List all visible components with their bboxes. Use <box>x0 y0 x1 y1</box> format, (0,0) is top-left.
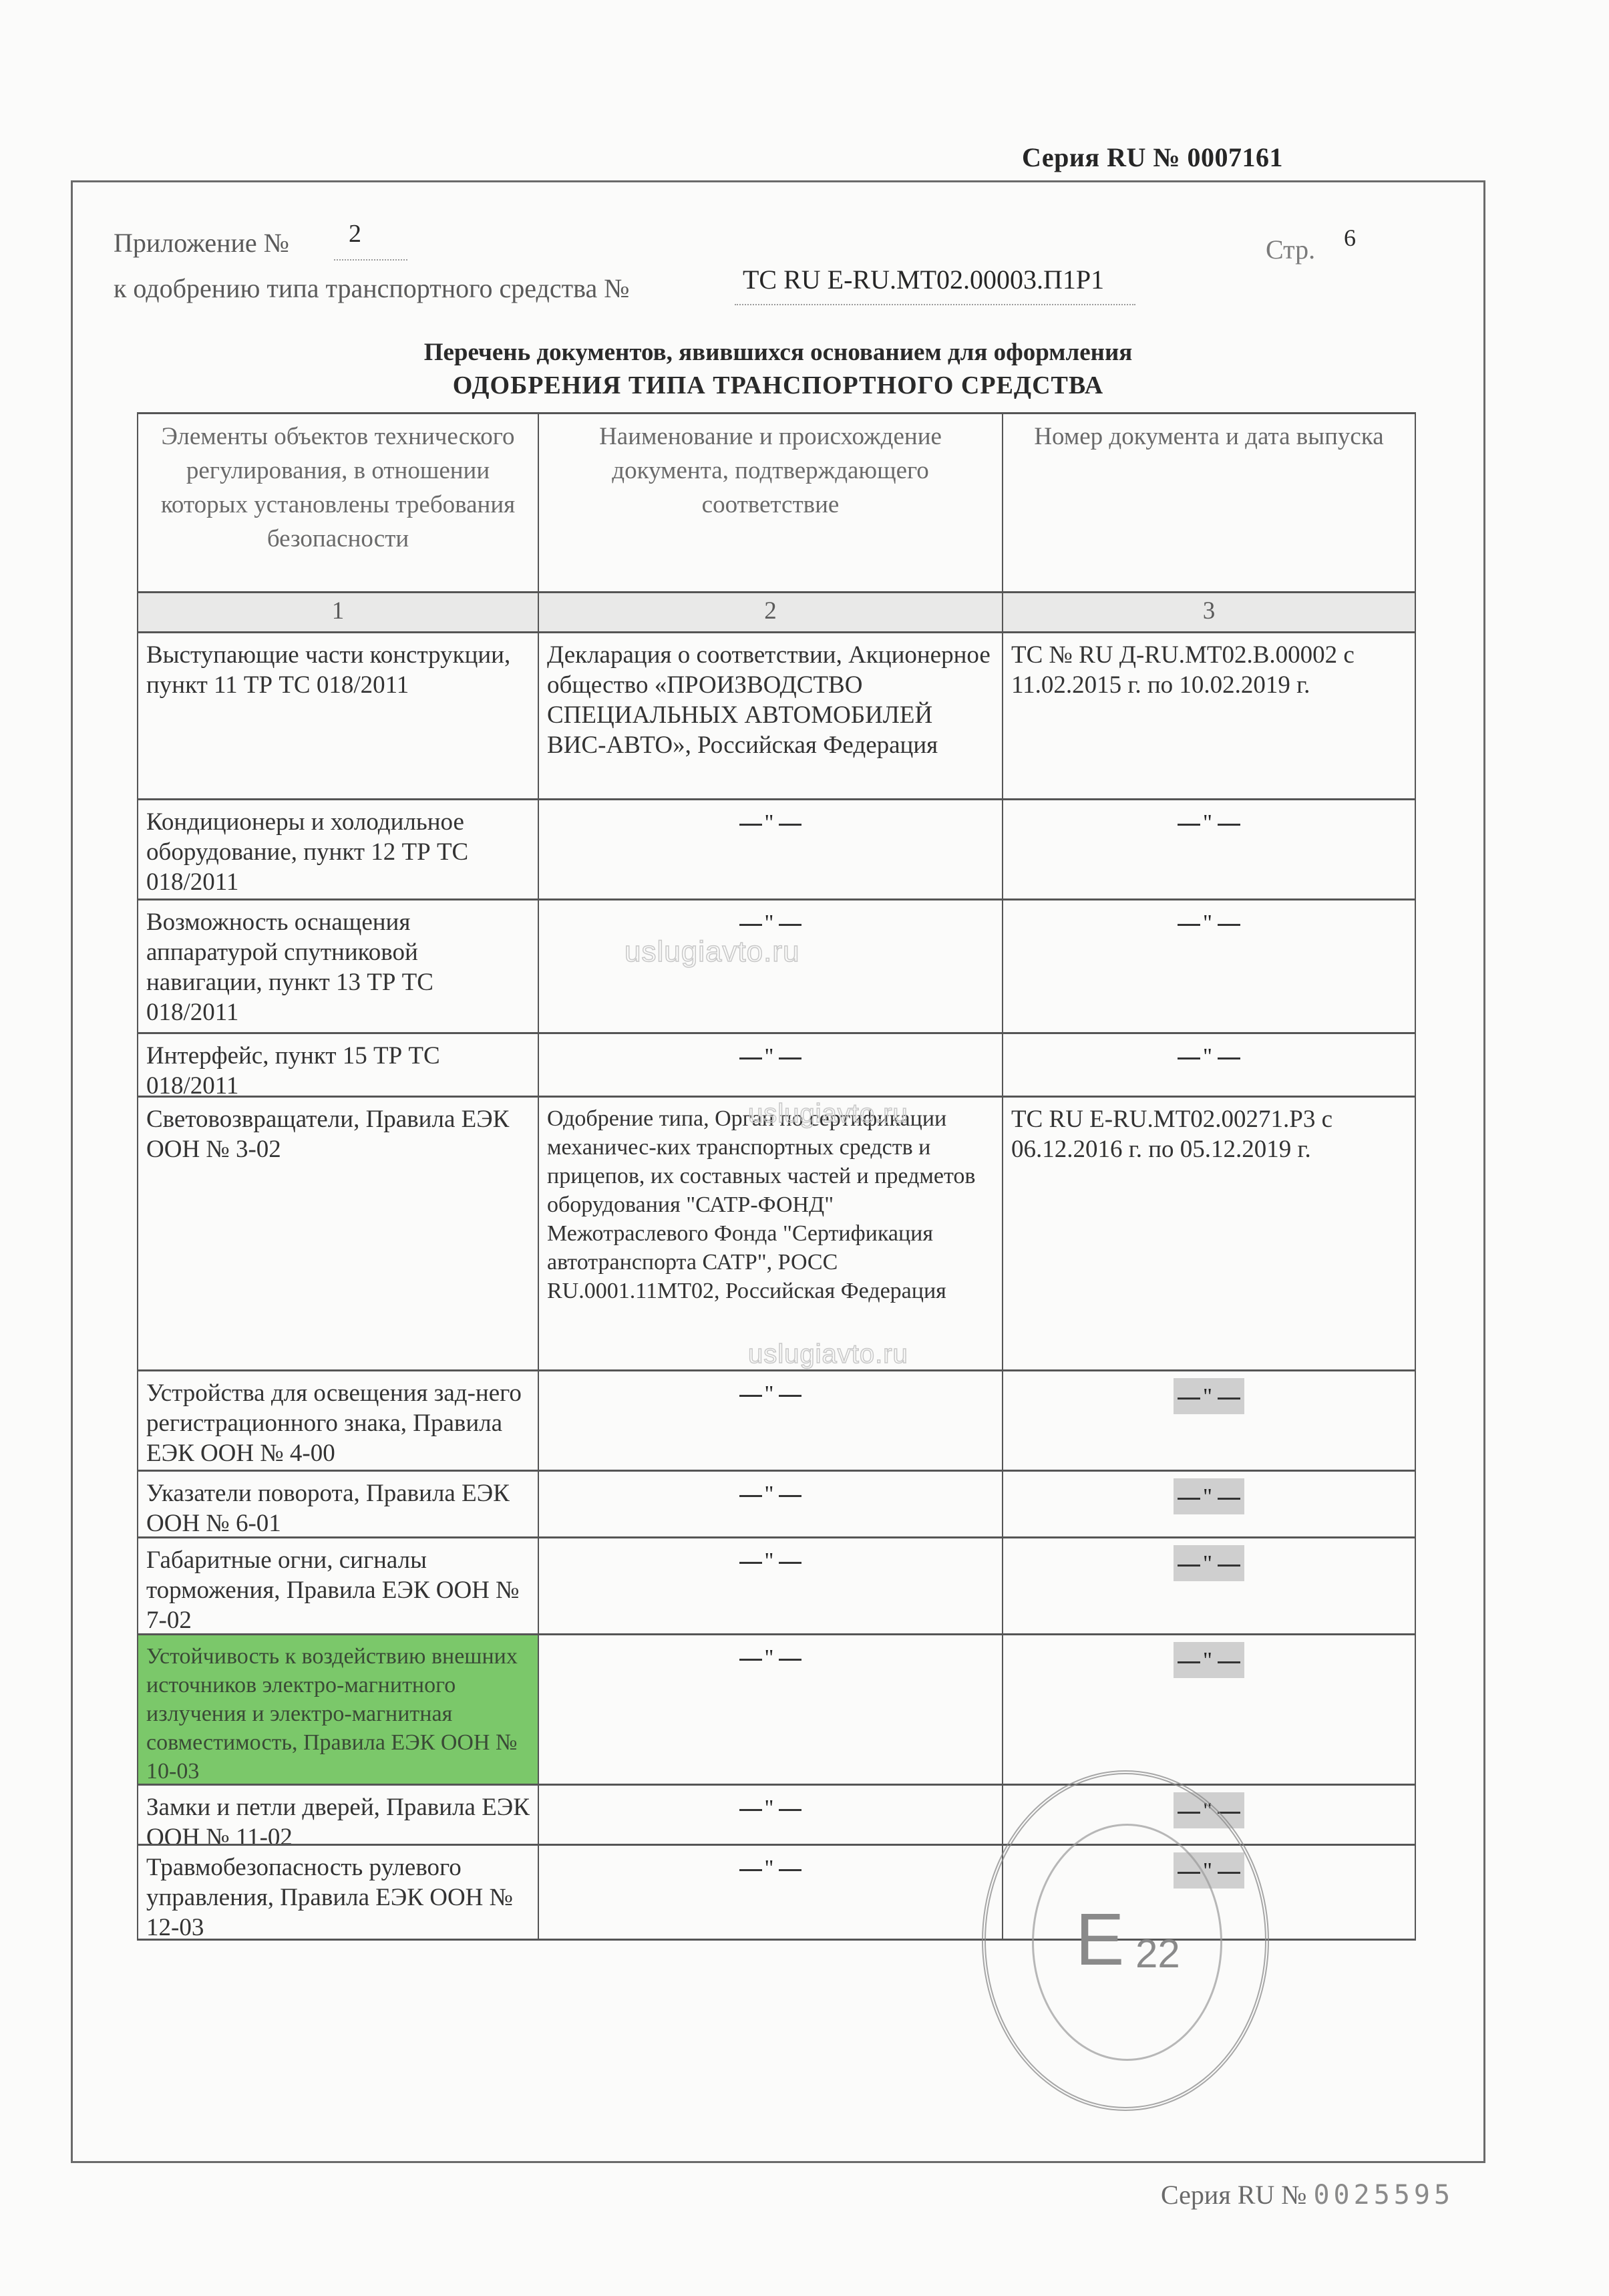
ditto-mark: " <box>1175 1381 1243 1412</box>
document-cell-ditto: " <box>538 1371 1002 1470</box>
element-cell: Травмобезопасность рулевого управления, … <box>137 1846 538 1939</box>
document-cell-ditto: " <box>538 1472 1002 1536</box>
ditto-mark: " <box>737 808 805 838</box>
element-cell: Возможность оснащения аппаратурой спутни… <box>137 900 538 1032</box>
column-header-document: Наименование и происхождение документа, … <box>538 414 1002 591</box>
table-row: Выступающие части конструкции, пункт 11 … <box>137 631 1416 798</box>
approval-fill-line <box>735 304 1135 305</box>
number-cell-ditto: " <box>1002 800 1416 898</box>
ditto-shaded-mark: " <box>1174 1545 1244 1581</box>
document-cell: Декларация о соответствии, Акционерное о… <box>538 633 1002 798</box>
approval-number: ТС RU E-RU.MT02.00003.П1Р1 <box>743 264 1104 295</box>
ditto-mark: " <box>737 1793 805 1823</box>
watermark: uslugiavto.ru <box>748 1339 908 1369</box>
element-cell: Устройства для освещения зад-него регист… <box>137 1371 538 1470</box>
ditto-mark: " <box>1175 1041 1243 1072</box>
element-cell: Световозвращатели, Правила ЕЭК ООН № 3-0… <box>137 1098 538 1369</box>
appendix-label: Приложение № <box>114 227 289 259</box>
number-cell-ditto: " <box>1002 1472 1416 1536</box>
table-row: Габаритные огни, сигналы торможения, Пра… <box>137 1536 1416 1633</box>
number-cell-ditto: " <box>1002 1538 1416 1633</box>
series-label: Серия RU № <box>1161 2180 1306 2210</box>
element-cell: Габаритные огни, сигналы торможения, Пра… <box>137 1538 538 1633</box>
document-cell-ditto: " <box>538 1538 1002 1633</box>
appendix-fill-line <box>334 259 407 261</box>
element-cell: Замки и петли дверей, Правила ЕЭК ООН № … <box>137 1786 538 1844</box>
ditto-mark: " <box>1175 1548 1243 1579</box>
page-label: Стр. <box>1266 234 1315 265</box>
column-number: 1 <box>137 593 538 631</box>
watermark: uslugiavto.ru <box>748 1099 908 1129</box>
appendix-number: 2 <box>349 219 361 249</box>
table-header-row: Элементы объектов технического регулиров… <box>137 412 1416 591</box>
element-cell: Указатели поворота, Правила ЕЭК ООН № 6-… <box>137 1472 538 1536</box>
ditto-mark: " <box>737 1041 805 1072</box>
table-row-highlighted: Устойчивость к воздействию внешних источ… <box>137 1633 1416 1784</box>
table-row: Световозвращатели, Правила ЕЭК ООН № 3-0… <box>137 1096 1416 1369</box>
column-header-elements: Элементы объектов технического регулиров… <box>137 414 538 591</box>
document-cell-ditto: " <box>538 1846 1002 1939</box>
ditto-mark: " <box>1175 1482 1243 1512</box>
number-cell-ditto: " <box>1002 1635 1416 1784</box>
number-cell-ditto: " <box>1002 1034 1416 1096</box>
ditto-mark: " <box>737 1853 805 1883</box>
ditto-mark: " <box>737 1643 805 1673</box>
document-cell-ditto: " <box>538 1635 1002 1784</box>
document-cell-ditto: " <box>538 1034 1002 1096</box>
number-cell: ТС RU E-RU.MT02.00271.P3 с 06.12.2016 г.… <box>1002 1098 1416 1369</box>
element-cell: Интерфейс, пункт 15 ТР ТС 018/2011 <box>137 1034 538 1096</box>
ditto-shaded-mark: " <box>1174 1378 1244 1414</box>
number-cell-ditto: " <box>1002 900 1416 1032</box>
series-number-bottom: Серия RU № 0025595 <box>1161 2179 1454 2210</box>
approval-label: к одобрению типа транспортного средства … <box>114 273 629 304</box>
series-number: 0025595 <box>1313 2180 1454 2210</box>
table-row: Указатели поворота, Правила ЕЭК ООН № 6-… <box>137 1470 1416 1536</box>
series-number-top: Серия RU № 0007161 <box>1022 142 1283 173</box>
column-number: 2 <box>538 593 1002 631</box>
stamp-country-number: 22 <box>1135 1931 1180 1977</box>
document-cell: Одобрение типа, Орган по сертификации ме… <box>538 1098 1002 1369</box>
ditto-shaded-mark: " <box>1174 1478 1244 1514</box>
number-cell: ТС № RU Д-RU.MT02.B.00002 с 11.02.2015 г… <box>1002 633 1416 798</box>
ditto-mark: " <box>737 908 805 938</box>
ditto-shaded-mark: " <box>1174 1642 1244 1678</box>
stamp-e-mark: E <box>1075 1897 1124 1982</box>
element-cell-highlighted: Устойчивость к воздействию внешних источ… <box>137 1635 538 1784</box>
table-row: Устройства для освещения зад-него регист… <box>137 1369 1416 1470</box>
ditto-mark: " <box>1175 808 1243 838</box>
document-cell-ditto: " <box>538 800 1002 898</box>
official-stamp-inner-ring <box>1032 1824 1222 2061</box>
number-cell-ditto: " <box>1002 1371 1416 1470</box>
page-number: 6 <box>1344 224 1356 252</box>
ditto-mark: " <box>737 1479 805 1509</box>
document-title-line1: Перечень документов, явившихся основание… <box>0 338 1556 367</box>
table-row: Интерфейс, пункт 15 ТР ТС 018/2011 " " <box>137 1032 1416 1096</box>
column-number: 3 <box>1002 593 1416 631</box>
column-header-number: Номер документа и дата выпуска <box>1002 414 1416 591</box>
ditto-mark: " <box>1175 1645 1243 1675</box>
documents-table: Элементы объектов технического регулиров… <box>137 412 1416 1941</box>
watermark: uslugiavto.ru <box>624 935 799 969</box>
ditto-mark: " <box>1175 908 1243 938</box>
table-row: Кондиционеры и холодильное оборудование,… <box>137 798 1416 898</box>
column-number-row: 1 2 3 <box>137 591 1416 631</box>
ditto-mark: " <box>737 1546 805 1576</box>
document-cell-ditto: " <box>538 1786 1002 1844</box>
element-cell: Выступающие части конструкции, пункт 11 … <box>137 633 538 798</box>
document-title-line2: ОДОБРЕНИЯ ТИПА ТРАНСПОРТНОГО СРЕДСТВА <box>0 371 1556 400</box>
ditto-mark: " <box>737 1379 805 1409</box>
element-cell: Кондиционеры и холодильное оборудование,… <box>137 800 538 898</box>
